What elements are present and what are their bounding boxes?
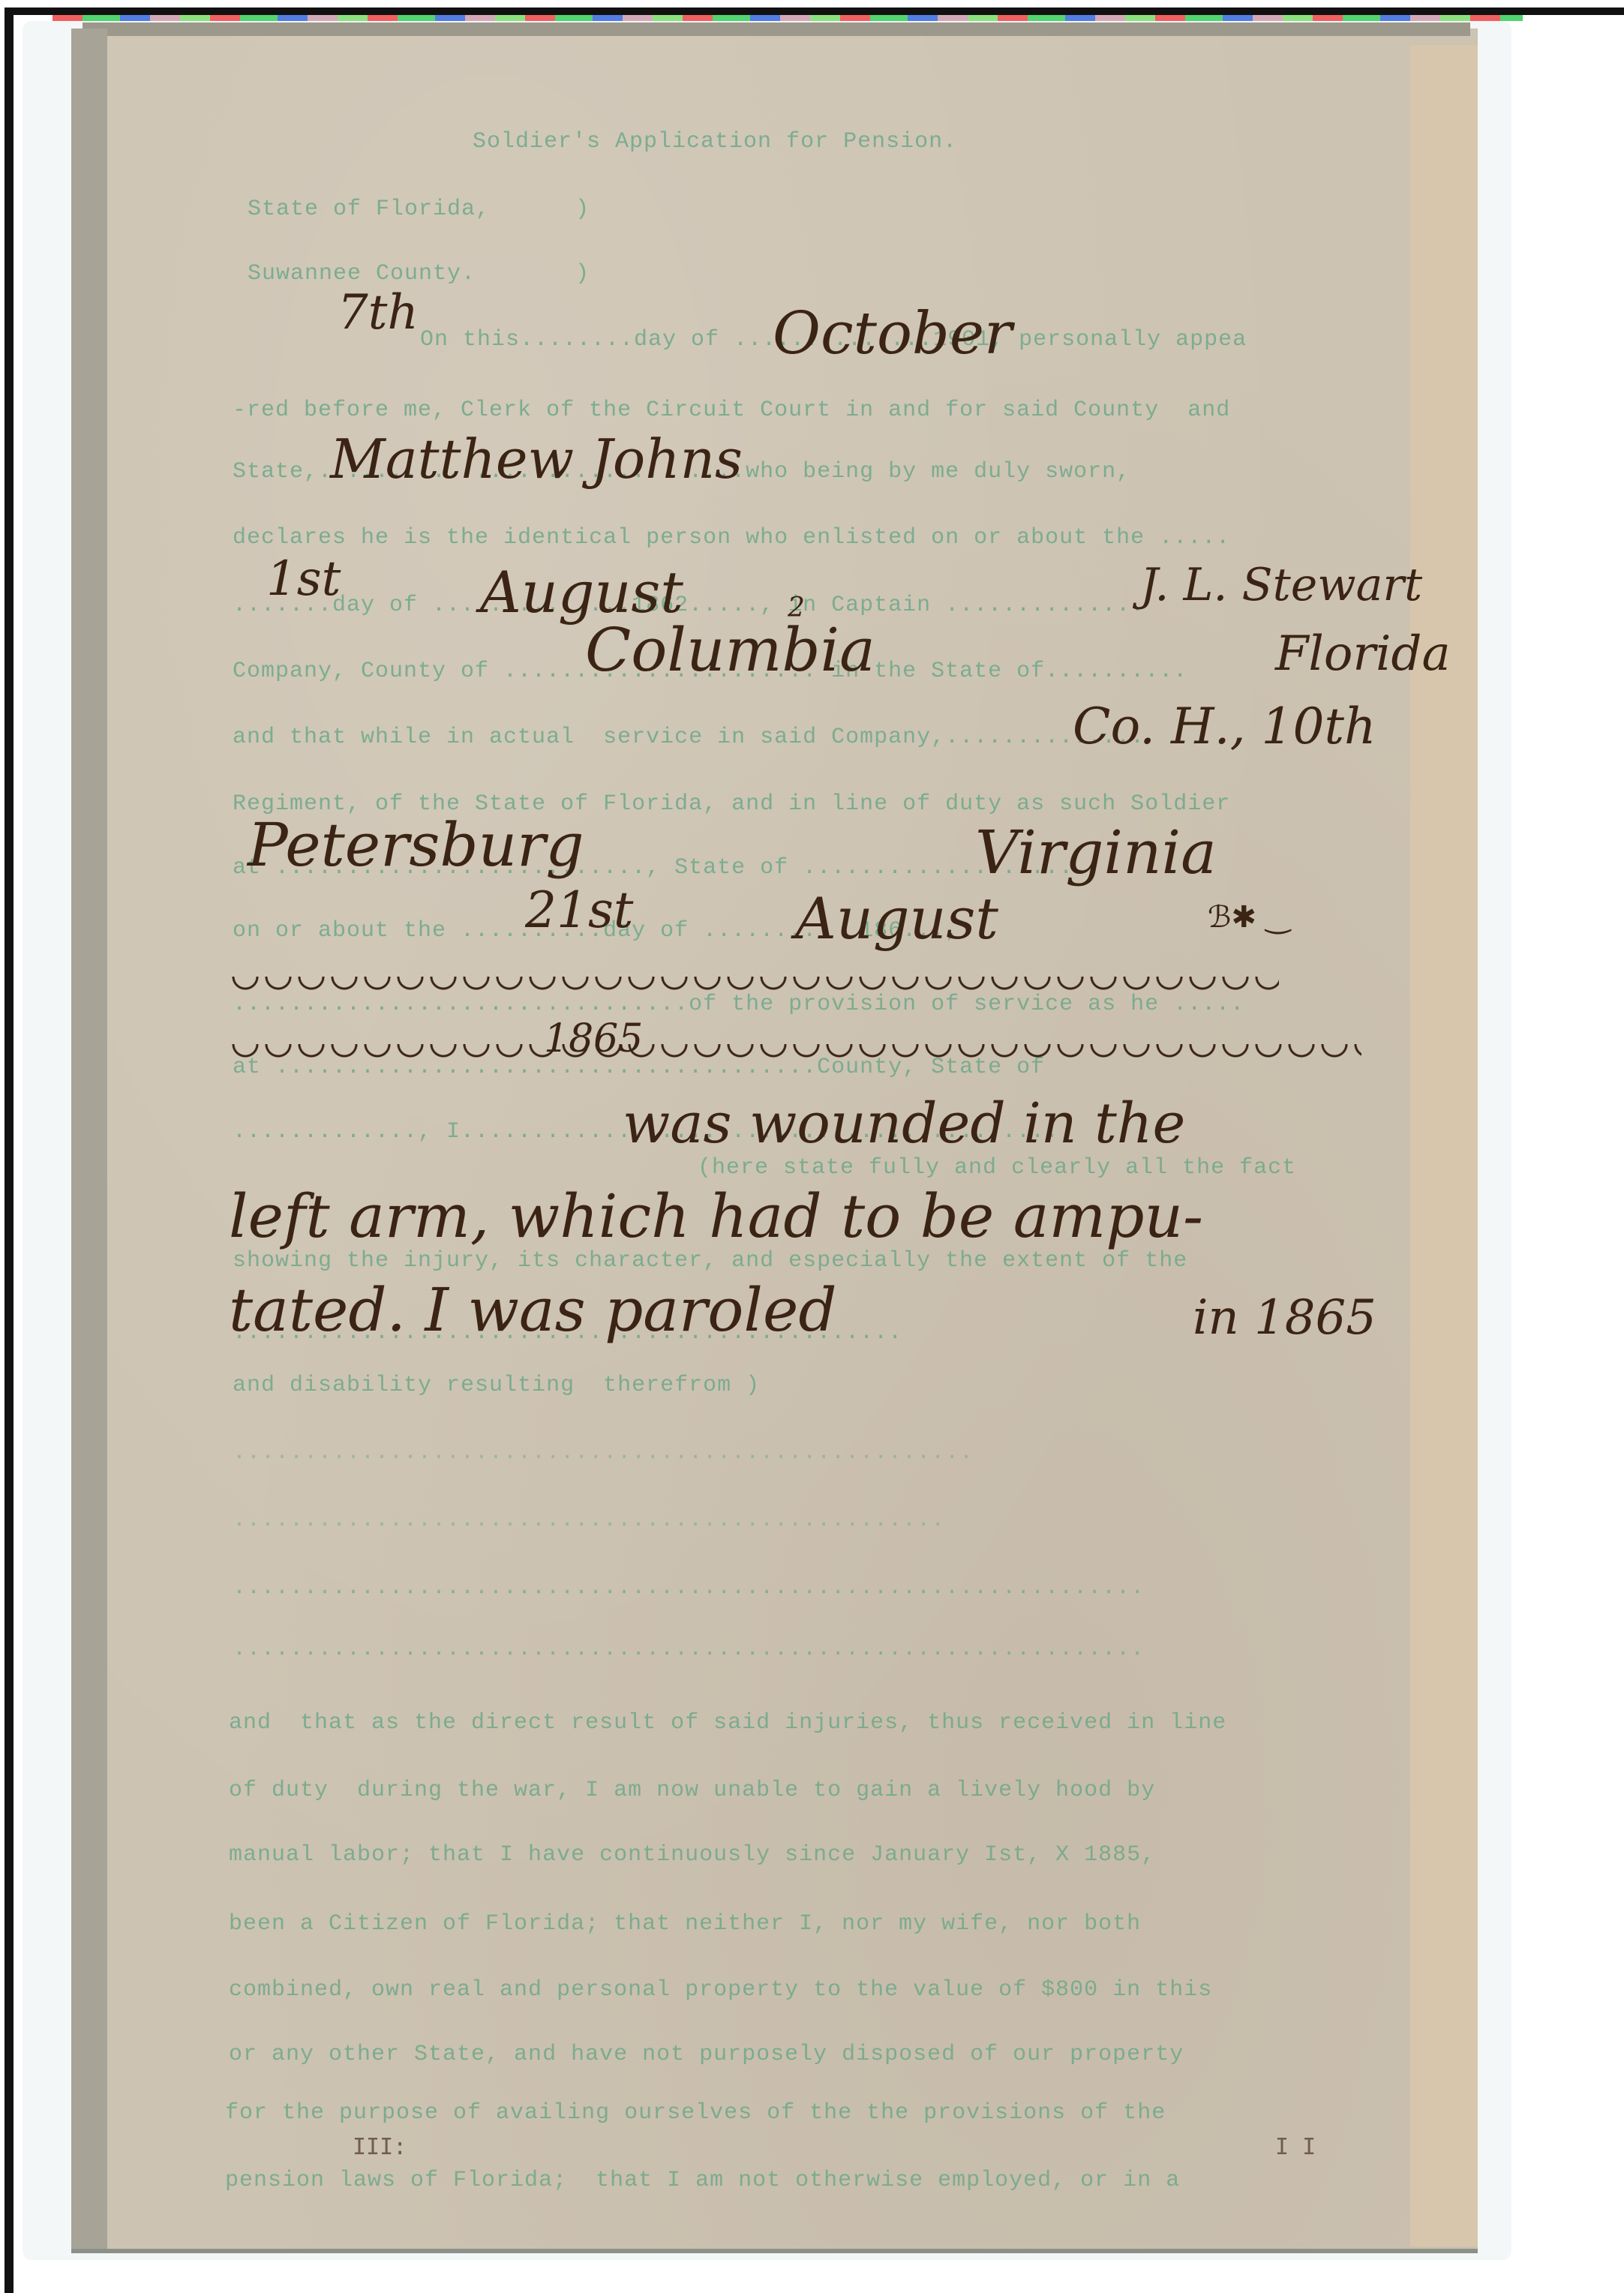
strike-through-line: [229, 1044, 1361, 1064]
handwritten-day: 7th: [338, 285, 419, 341]
stamp-mark-left: III:: [353, 2134, 407, 2160]
typed-line: showing the injury, its character, and e…: [233, 1248, 1187, 1274]
handwritten-wound-month: August: [795, 885, 998, 952]
handwritten-captain: J. L. Stewart: [1140, 559, 1422, 611]
stamp-mark-right: I I: [1275, 2134, 1316, 2160]
ink-scribble: ℬ✱ ‿: [1208, 900, 1290, 935]
typed-line: of duty during the war, I am now unable …: [229, 1778, 1155, 1803]
typed-line: and that while in actual service in said…: [233, 725, 1145, 750]
handwritten-name: Matthew Johns: [330, 428, 743, 491]
handwritten-place: Petersburg: [248, 810, 584, 880]
page-right-edge: [1410, 45, 1478, 2246]
typed-line: or any other State, and have not purpose…: [229, 2042, 1184, 2067]
document-title: Soldier's Application for Pension.: [473, 129, 957, 155]
handwritten-statement-1: was wounded in the: [623, 1091, 1185, 1156]
handwritten-enlist-day: 1st: [266, 551, 341, 607]
typed-line: manual labor; that I have continuously s…: [229, 1842, 1155, 1868]
handwritten-month: October: [773, 300, 1012, 368]
blank-line: ........................................…: [233, 1440, 974, 1466]
venue-state: State of Florida, ): [248, 197, 590, 222]
typed-line: and that as the direct result of said in…: [229, 1710, 1226, 1736]
handwritten-county: Columbia: [585, 615, 875, 685]
page-left-edge: [71, 29, 107, 2249]
scanner-frame-left: [5, 8, 14, 2293]
typed-instruction: (here state fully and clearly all the fa…: [698, 1155, 1296, 1181]
page-top-edge: [83, 23, 1470, 36]
scan-artifact-strip: [53, 15, 1523, 21]
handwritten-statement-3: tated. I was paroled: [229, 1275, 837, 1345]
scanner-frame-top: [5, 8, 1624, 15]
handwritten-state: Florida: [1275, 626, 1451, 682]
typed-line: combined, own real and personal property…: [229, 1977, 1212, 2003]
handwritten-statement-2: left arm, which had to be ampu-: [229, 1181, 1203, 1251]
blank-line: ........................................…: [233, 1575, 1145, 1601]
typed-line: -red before me, Clerk of the Circuit Cou…: [233, 398, 1230, 423]
typed-line: been a Citizen of Florida; that neither …: [229, 1911, 1141, 1937]
typed-line: pension laws of Florida; that I am not o…: [225, 2168, 1180, 2193]
blank-line: ........................................…: [233, 1637, 1145, 1662]
venue-county: Suwannee County. ): [248, 261, 590, 287]
typed-line: declares he is the identical person who …: [233, 525, 1230, 551]
strike-through-line: [229, 977, 1279, 996]
typed-line: for the purpose of availing ourselves of…: [225, 2100, 1166, 2126]
blank-line: ........................................…: [233, 1508, 945, 1533]
handwritten-company: Co. H., 10th: [1073, 698, 1376, 755]
typed-line: .......day of ..............1862....., i…: [233, 593, 1145, 618]
handwritten-wound-day: 21st: [525, 881, 633, 939]
handwritten-paroled-year: in 1865: [1193, 1290, 1376, 1346]
typed-line: and disability resulting therefrom ): [233, 1373, 760, 1398]
handwritten-place-state: Virginia: [975, 818, 1217, 887]
handwritten-struck-year: 1865: [544, 1016, 643, 1061]
